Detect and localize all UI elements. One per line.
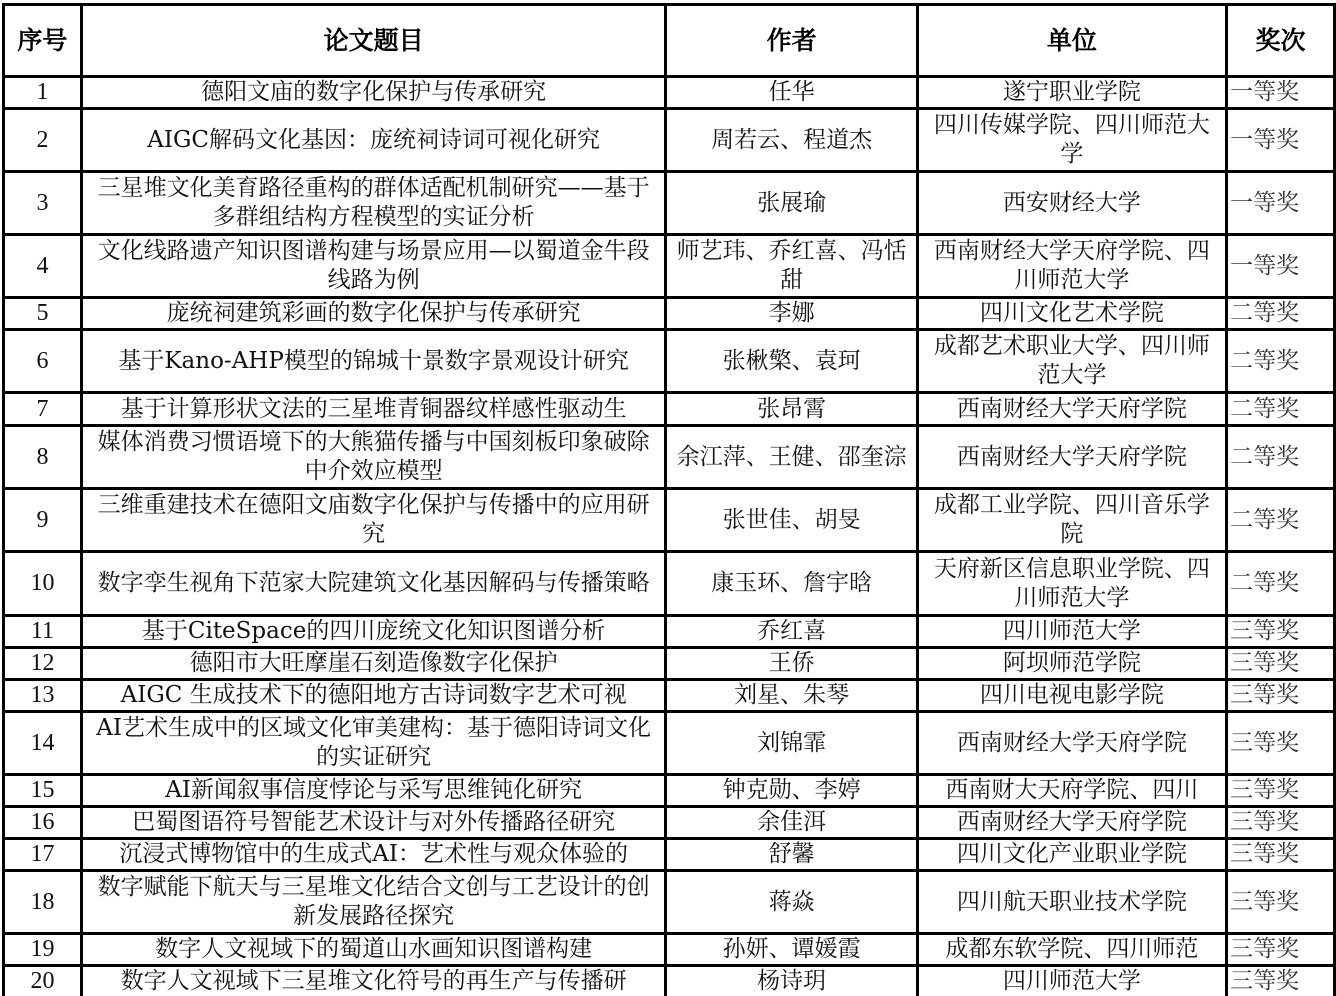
cell-index: 16 [4, 807, 82, 839]
cell-affiliation: 成都东软学院、四川师范 [917, 934, 1226, 966]
cell-affiliation: 遂宁职业学院 [917, 77, 1226, 109]
table-row: 2 AIGC解码文化基因：庞统祠诗词可视化研究 周若云、程道杰 四川传媒学院、四… [4, 109, 1335, 172]
cell-title: 巴蜀图语符号智能艺术设计与对外传播路径研究 [81, 807, 665, 839]
cell-title: 数字人文视域下的蜀道山水画知识图谱构建 [81, 934, 665, 966]
cell-index: 12 [4, 648, 82, 680]
cell-author: 李娜 [666, 298, 917, 330]
cell-author: 张展瑜 [666, 172, 917, 235]
cell-index: 5 [4, 298, 82, 330]
header-author: 作者 [666, 5, 917, 77]
cell-award: 三等奖 [1227, 966, 1335, 996]
cell-award: 二等奖 [1227, 489, 1335, 552]
cell-award: 一等奖 [1227, 109, 1335, 172]
cell-affiliation: 阿坝师范学院 [917, 648, 1226, 680]
cell-affiliation: 西南财经大学天府学院 [917, 393, 1226, 426]
table-row: 18 数字赋能下航天与三星堆文化结合文创与工艺设计的创新发展路径探究 蒋焱 四川… [4, 871, 1335, 934]
cell-affiliation: 天府新区信息职业学院、四川师范大学 [917, 552, 1226, 616]
cell-award: 二等奖 [1227, 298, 1335, 330]
table-row: 14 AI艺术生成中的区域文化审美建构：基于德阳诗词文化的实证研究 刘锦霏 西南… [4, 712, 1335, 775]
table-row: 1 德阳文庙的数字化保护与传承研究 任华 遂宁职业学院 一等奖 [4, 77, 1335, 109]
cell-author: 蒋焱 [666, 871, 917, 934]
cell-index: 18 [4, 871, 82, 934]
cell-title: 德阳文庙的数字化保护与传承研究 [81, 77, 665, 109]
cell-title: 德阳市大旺摩崖石刻造像数字化保护 [81, 648, 665, 680]
cell-affiliation: 四川航天职业技术学院 [917, 871, 1226, 934]
cell-author: 舒馨 [666, 839, 917, 871]
cell-award: 一等奖 [1227, 235, 1335, 298]
table-row: 3 三星堆文化美育路径重构的群体适配机制研究——基于多群组结构方程模型的实证分析… [4, 172, 1335, 235]
cell-index: 4 [4, 235, 82, 298]
cell-index: 9 [4, 489, 82, 552]
cell-author: 师艺玮、乔红喜、冯恬甜 [666, 235, 917, 298]
cell-affiliation: 四川师范大学 [917, 616, 1226, 648]
cell-affiliation: 西南财经大学天府学院 [917, 426, 1226, 489]
cell-title: 基于计算形状文法的三星堆青铜器纹样感性驱动生 [81, 393, 665, 426]
cell-title: 三维重建技术在德阳文庙数字化保护与传播中的应用研究 [81, 489, 665, 552]
cell-affiliation: 西南财经大学天府学院 [917, 807, 1226, 839]
cell-title: 沉浸式博物馆中的生成式AI：艺术性与观众体验的 [81, 839, 665, 871]
cell-index: 13 [4, 680, 82, 712]
cell-title: 庞统祠建筑彩画的数字化保护与传承研究 [81, 298, 665, 330]
cell-affiliation: 西安财经大学 [917, 172, 1226, 235]
cell-author: 乔红喜 [666, 616, 917, 648]
cell-award: 二等奖 [1227, 552, 1335, 616]
table-row: 20 数字人文视域下三星堆文化符号的再生产与传播研 杨诗玥 四川师范大学 三等奖 [4, 966, 1335, 996]
table-row: 6 基于Kano-AHP模型的锦城十景数字景观设计研究 张楸檠、袁珂 成都艺术职… [4, 330, 1335, 393]
cell-index: 15 [4, 775, 82, 807]
cell-index: 14 [4, 712, 82, 775]
cell-award: 三等奖 [1227, 934, 1335, 966]
table-row: 8 媒体消费习惯语境下的大熊猫传播与中国刻板印象破除中介效应模型 余江萍、王健、… [4, 426, 1335, 489]
table-row: 7 基于计算形状文法的三星堆青铜器纹样感性驱动生 张昂霄 西南财经大学天府学院 … [4, 393, 1335, 426]
cell-title: AI新闻叙事信度悖论与采写思维钝化研究 [81, 775, 665, 807]
cell-award: 三等奖 [1227, 871, 1335, 934]
cell-award: 三等奖 [1227, 680, 1335, 712]
cell-award: 三等奖 [1227, 616, 1335, 648]
cell-award: 二等奖 [1227, 393, 1335, 426]
cell-title: 基于Kano-AHP模型的锦城十景数字景观设计研究 [81, 330, 665, 393]
cell-affiliation: 西南财大天府学院、四川 [917, 775, 1226, 807]
cell-affiliation: 四川文化产业职业学院 [917, 839, 1226, 871]
cell-award: 二等奖 [1227, 426, 1335, 489]
cell-index: 8 [4, 426, 82, 489]
cell-index: 17 [4, 839, 82, 871]
cell-affiliation: 四川电视电影学院 [917, 680, 1226, 712]
table-row: 4 文化线路遗产知识图谱构建与场景应用—以蜀道金牛段线路为例 师艺玮、乔红喜、冯… [4, 235, 1335, 298]
cell-affiliation: 成都艺术职业大学、四川师范大学 [917, 330, 1226, 393]
cell-author: 张世佳、胡旻 [666, 489, 917, 552]
header-row: 序号 论文题目 作者 单位 奖次 [4, 5, 1335, 77]
cell-title: 数字孪生视角下范家大院建筑文化基因解码与传播策略 [81, 552, 665, 616]
cell-index: 19 [4, 934, 82, 966]
cell-affiliation: 西南财经大学天府学院、四川师范大学 [917, 235, 1226, 298]
table-row: 12 德阳市大旺摩崖石刻造像数字化保护 王侨 阿坝师范学院 三等奖 [4, 648, 1335, 680]
table-row: 16 巴蜀图语符号智能艺术设计与对外传播路径研究 余佳洱 西南财经大学天府学院 … [4, 807, 1335, 839]
table-row: 11 基于CiteSpace的四川庞统文化知识图谱分析 乔红喜 四川师范大学 三… [4, 616, 1335, 648]
table-row: 10 数字孪生视角下范家大院建筑文化基因解码与传播策略 康玉环、詹宇晗 天府新区… [4, 552, 1335, 616]
cell-author: 刘锦霏 [666, 712, 917, 775]
cell-award: 三等奖 [1227, 775, 1335, 807]
cell-affiliation: 四川师范大学 [917, 966, 1226, 996]
cell-award: 一等奖 [1227, 172, 1335, 235]
table-row: 9 三维重建技术在德阳文庙数字化保护与传播中的应用研究 张世佳、胡旻 成都工业学… [4, 489, 1335, 552]
cell-author: 康玉环、詹宇晗 [666, 552, 917, 616]
cell-affiliation: 成都工业学院、四川音乐学院 [917, 489, 1226, 552]
cell-author: 孙妍、谭媛霞 [666, 934, 917, 966]
header-award: 奖次 [1227, 5, 1335, 77]
header-index: 序号 [4, 5, 82, 77]
cell-affiliation: 四川传媒学院、四川师范大学 [917, 109, 1226, 172]
cell-award: 三等奖 [1227, 839, 1335, 871]
cell-author: 余江萍、王健、邵奎淙 [666, 426, 917, 489]
cell-title: 数字赋能下航天与三星堆文化结合文创与工艺设计的创新发展路径探究 [81, 871, 665, 934]
cell-author: 张昂霄 [666, 393, 917, 426]
cell-title: AI艺术生成中的区域文化审美建构：基于德阳诗词文化的实证研究 [81, 712, 665, 775]
cell-award: 三等奖 [1227, 807, 1335, 839]
cell-title: AIGC解码文化基因：庞统祠诗词可视化研究 [81, 109, 665, 172]
cell-author: 任华 [666, 77, 917, 109]
table-row: 19 数字人文视域下的蜀道山水画知识图谱构建 孙妍、谭媛霞 成都东软学院、四川师… [4, 934, 1335, 966]
header-title: 论文题目 [81, 5, 665, 77]
cell-index: 10 [4, 552, 82, 616]
cell-author: 王侨 [666, 648, 917, 680]
cell-index: 2 [4, 109, 82, 172]
cell-award: 一等奖 [1227, 77, 1335, 109]
cell-award: 三等奖 [1227, 712, 1335, 775]
cell-affiliation: 四川文化艺术学院 [917, 298, 1226, 330]
cell-index: 6 [4, 330, 82, 393]
cell-author: 刘星、朱琴 [666, 680, 917, 712]
cell-title: 基于CiteSpace的四川庞统文化知识图谱分析 [81, 616, 665, 648]
cell-affiliation: 西南财经大学天府学院 [917, 712, 1226, 775]
cell-index: 20 [4, 966, 82, 996]
cell-index: 3 [4, 172, 82, 235]
cell-author: 余佳洱 [666, 807, 917, 839]
cell-award: 二等奖 [1227, 330, 1335, 393]
cell-title: 三星堆文化美育路径重构的群体适配机制研究——基于多群组结构方程模型的实证分析 [81, 172, 665, 235]
table-row: 15 AI新闻叙事信度悖论与采写思维钝化研究 钟克勋、李婷 西南财大天府学院、四… [4, 775, 1335, 807]
table-row: 13 AIGC 生成技术下的德阳地方古诗词数字艺术可视 刘星、朱琴 四川电视电影… [4, 680, 1335, 712]
cell-author: 张楸檠、袁珂 [666, 330, 917, 393]
award-results-table: 序号 论文题目 作者 单位 奖次 1 德阳文庙的数字化保护与传承研究 任华 遂宁… [2, 3, 1336, 996]
cell-title: 媒体消费习惯语境下的大熊猫传播与中国刻板印象破除中介效应模型 [81, 426, 665, 489]
cell-title: 数字人文视域下三星堆文化符号的再生产与传播研 [81, 966, 665, 996]
cell-author: 杨诗玥 [666, 966, 917, 996]
cell-author: 周若云、程道杰 [666, 109, 917, 172]
cell-author: 钟克勋、李婷 [666, 775, 917, 807]
table-row: 17 沉浸式博物馆中的生成式AI：艺术性与观众体验的 舒馨 四川文化产业职业学院… [4, 839, 1335, 871]
header-affiliation: 单位 [917, 5, 1226, 77]
cell-index: 1 [4, 77, 82, 109]
cell-index: 7 [4, 393, 82, 426]
table-row: 5 庞统祠建筑彩画的数字化保护与传承研究 李娜 四川文化艺术学院 二等奖 [4, 298, 1335, 330]
cell-index: 11 [4, 616, 82, 648]
cell-title: AIGC 生成技术下的德阳地方古诗词数字艺术可视 [81, 680, 665, 712]
cell-title: 文化线路遗产知识图谱构建与场景应用—以蜀道金牛段线路为例 [81, 235, 665, 298]
cell-award: 三等奖 [1227, 648, 1335, 680]
